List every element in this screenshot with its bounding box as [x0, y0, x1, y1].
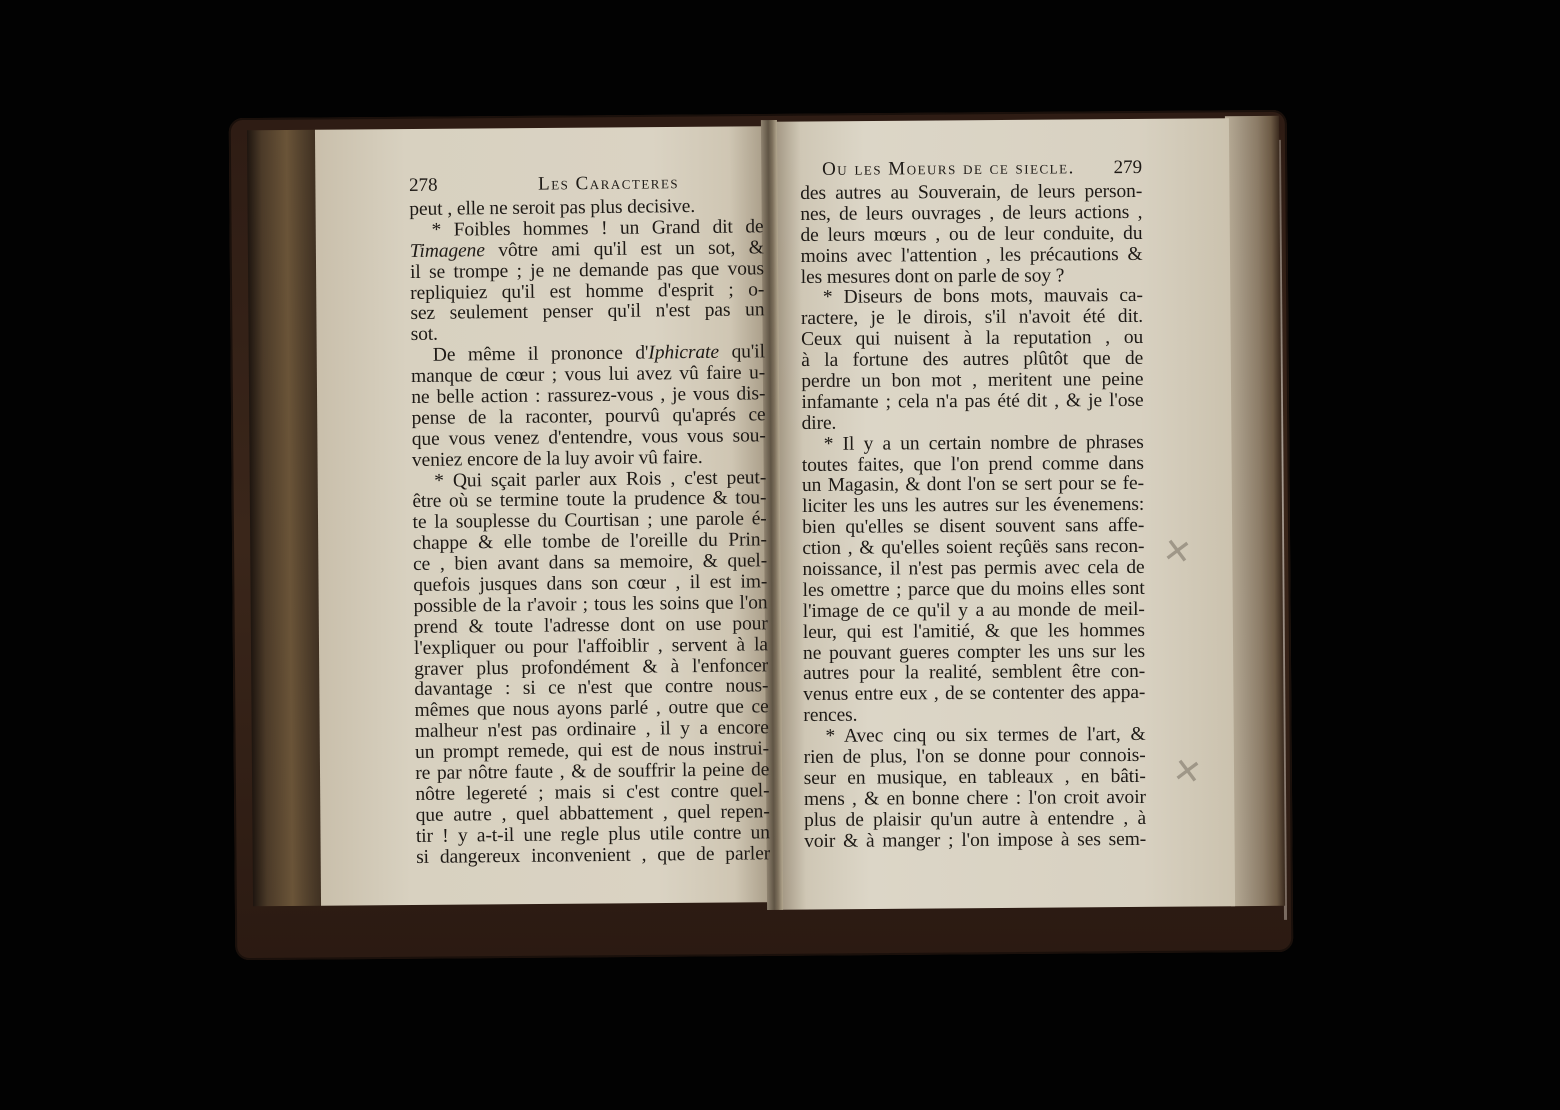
- left-page-lines: peut , elle ne seroit pas plus decisive.…: [409, 196, 770, 868]
- right-page-lines: des autres au Souverain, de leurs person…: [800, 182, 1146, 853]
- text-run: qu'il: [719, 342, 765, 363]
- text-line: * Il y a un certain nombre de phrases: [802, 433, 1144, 456]
- pencil-cross-mark: ✕: [1170, 750, 1204, 794]
- right-page-number: 279: [1113, 158, 1142, 179]
- right-running-head: Ou les Moeurs de ce siecle. 279: [800, 158, 1142, 184]
- text-line: plus de plaisir qu'un autre à entendre ,…: [804, 809, 1146, 832]
- italic-proper-name: Timagene: [410, 240, 485, 262]
- left-page-text: 278 Les Caracteres peut , elle ne seroit…: [409, 172, 770, 868]
- text-line: voir & à manger ; l'on impose à ses sem-: [804, 830, 1146, 853]
- left-running-title: Les Caracteres: [538, 173, 679, 195]
- left-running-head: 278 Les Caracteres: [409, 172, 763, 200]
- text-line: infamante ; cela n'a pas été dit , & je …: [801, 391, 1143, 414]
- text-line: moins avec l'attention , les précautions…: [801, 245, 1143, 268]
- right-page-text: Ou les Moeurs de ce siecle. 279 des autr…: [800, 158, 1146, 853]
- text-line: si dangereux inconvenient , que de parle…: [416, 844, 770, 869]
- text-line: leur, qui est l'amitié, & que les hommes: [803, 621, 1145, 644]
- text-run: vôtre ami qu'il est un sot, &: [485, 237, 764, 261]
- text-line: sez seulement penser qu'il n'est pas un: [410, 301, 764, 326]
- left-page-block-edge: [247, 130, 325, 907]
- text-line: que vous venez d'entendre, vous vous sou…: [412, 426, 766, 451]
- pencil-cross-mark: ✕: [1160, 530, 1194, 574]
- left-page-number: 278: [409, 176, 438, 197]
- right-running-title: Ou les Moeurs de ce siecle.: [822, 158, 1075, 180]
- text-run: De même il prononce d': [433, 343, 649, 366]
- text-line: venus entre eux , de se contenter des ap…: [803, 683, 1145, 706]
- italic-proper-name: Iphicrate: [648, 342, 719, 364]
